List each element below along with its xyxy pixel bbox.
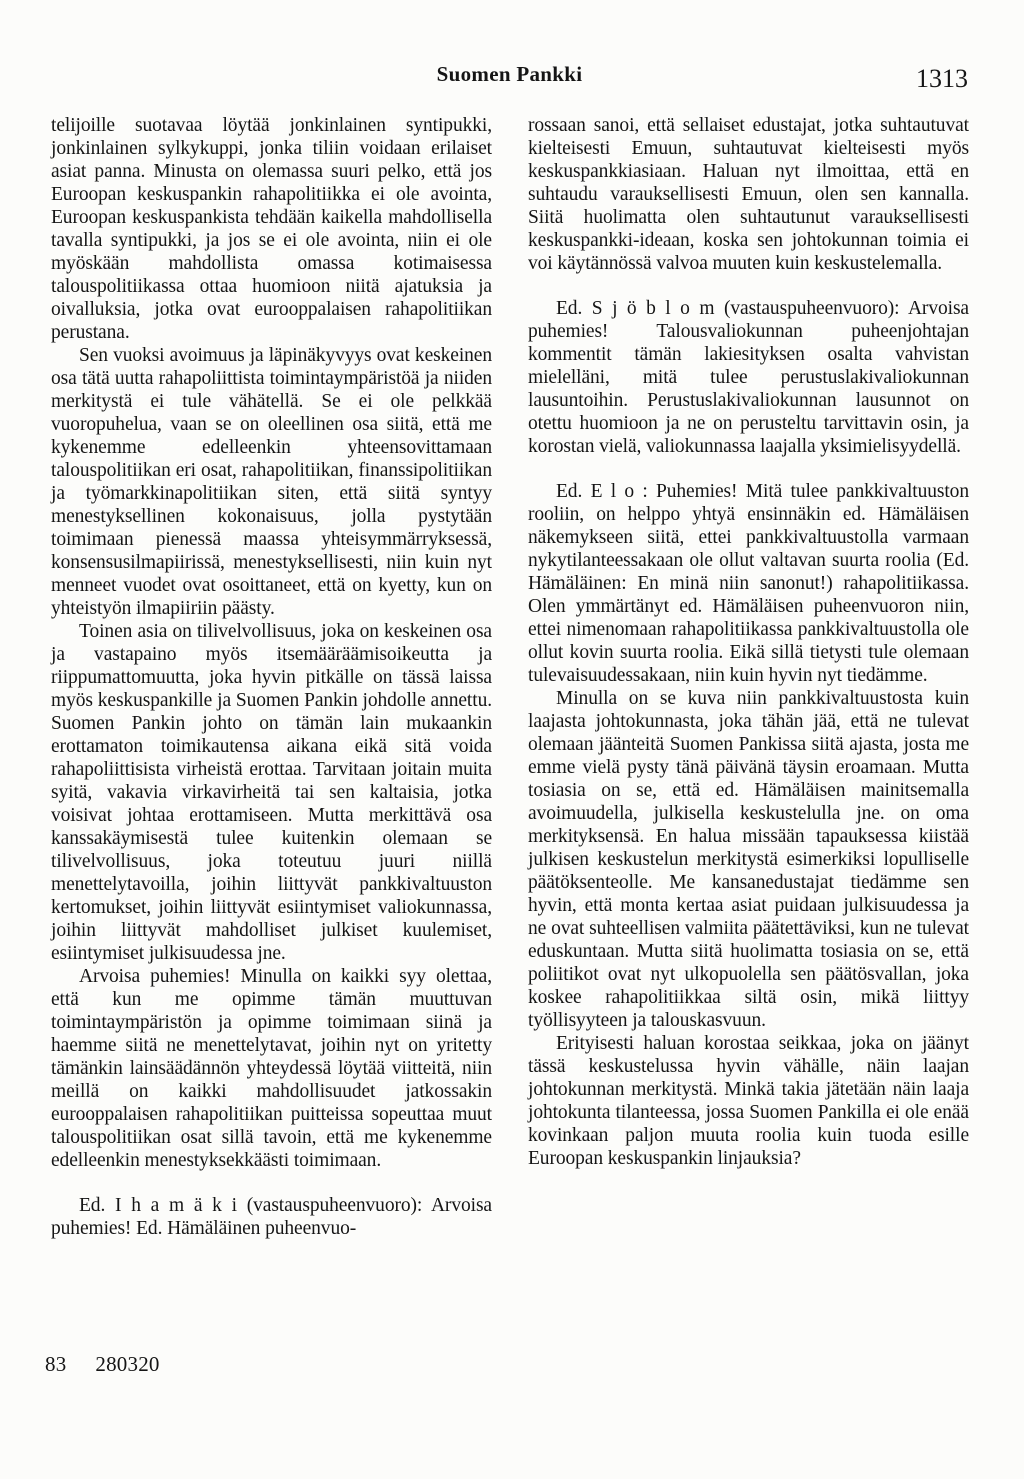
paragraph: Arvoisa puhemies! Minulla on kaikki syy … [51, 965, 492, 1172]
speaker-paragraph: Ed. S j ö b l o m (vastauspuheenvuoro): … [528, 297, 969, 458]
page-header: Suomen Pankki 1313 [51, 58, 968, 88]
page-number: 1313 [916, 64, 968, 93]
text-columns: telijoille suotavaa löytää jonkinlainen … [51, 114, 969, 1240]
paragraph: Erityisesti haluan korostaa seikkaa, jok… [528, 1032, 969, 1170]
document-page: Suomen Pankki 1313 telijoille suotavaa l… [0, 0, 1024, 1479]
paragraph: Minulla on se kuva niin pankkivaltuustos… [528, 687, 969, 1032]
text-column-left: telijoille suotavaa löytää jonkinlainen … [51, 114, 492, 1240]
footer-sheet-number: 83 [45, 1352, 66, 1376]
footer-print-code: 280320 [95, 1352, 159, 1376]
page-title: Suomen Pankki [437, 62, 583, 87]
paragraph: Toinen asia on tilivelvollisuus, joka on… [51, 620, 492, 965]
paragraph: Sen vuoksi avoimuus ja läpinäkyvyys ovat… [51, 344, 492, 620]
page-footer: 83280320 [45, 1352, 160, 1377]
paragraph-continuation: telijoille suotavaa löytää jonkinlainen … [51, 114, 492, 344]
page-number-wrap: 1313 [582, 58, 968, 88]
speaker-paragraph: Ed. E l o : Puhemies! Mitä tulee pankkiv… [528, 480, 969, 687]
paragraph-continuation: rossaan sanoi, että sellaiset edustajat,… [528, 114, 969, 275]
text-column-right: rossaan sanoi, että sellaiset edustajat,… [528, 114, 969, 1240]
speaker-paragraph: Ed. I h a m ä k i (vastauspuheenvuoro): … [51, 1194, 492, 1240]
